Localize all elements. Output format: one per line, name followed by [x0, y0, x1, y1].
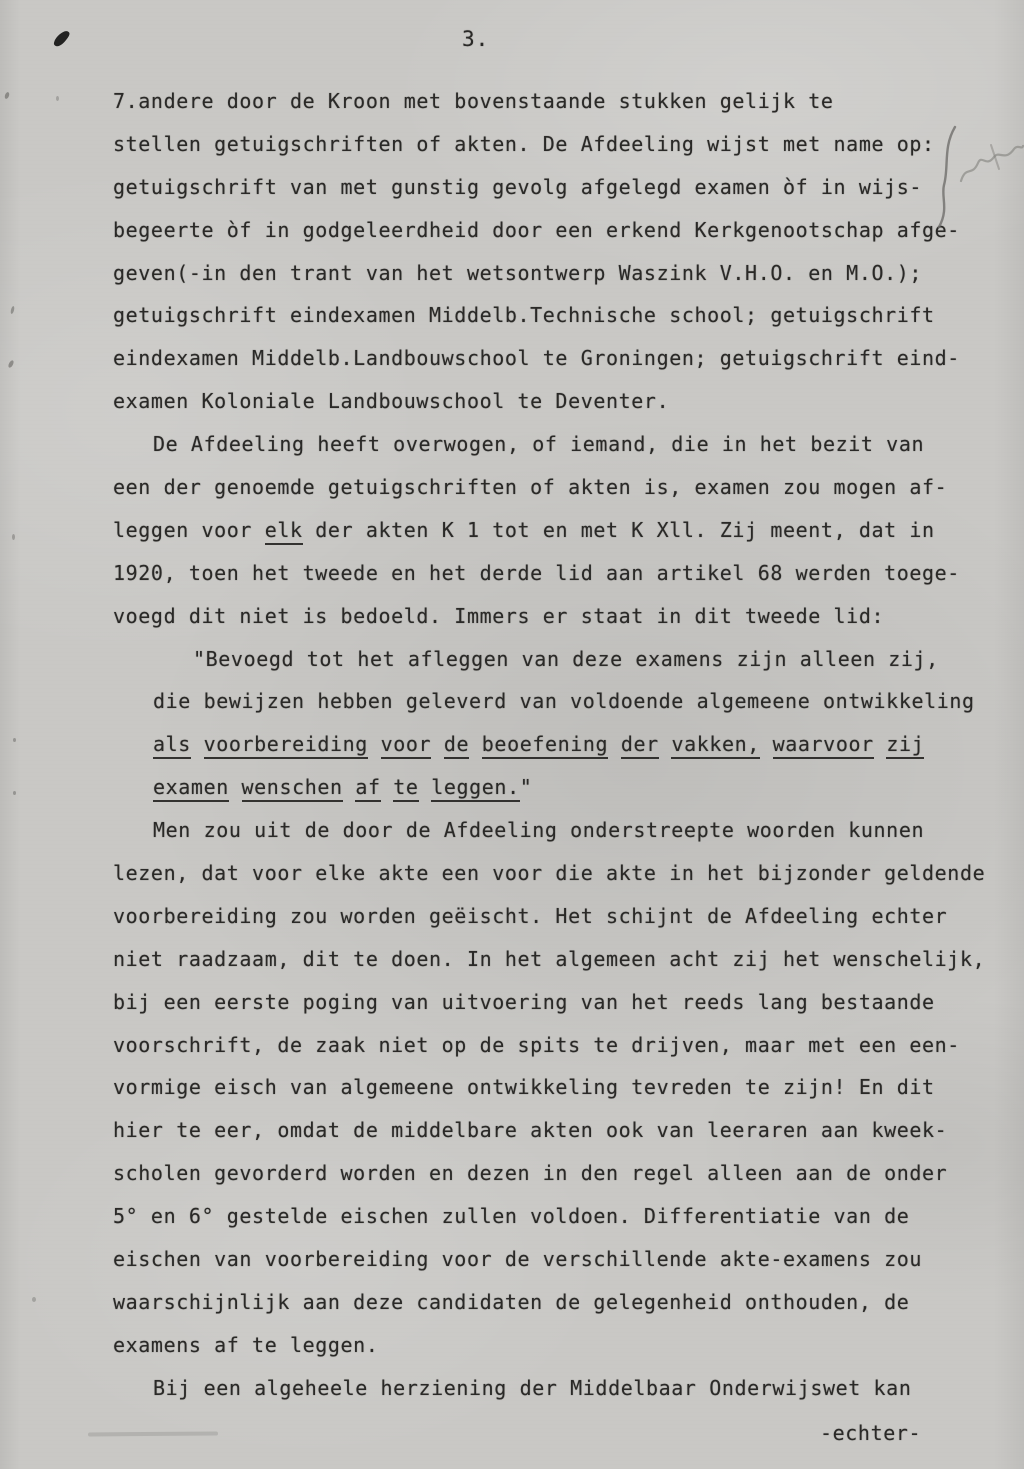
- text-line: examen wenschen af te leggen.": [113, 766, 1013, 809]
- margin-speck: [13, 738, 16, 742]
- text-line: waarschijnlijk aan deze candidaten de ge…: [113, 1281, 1013, 1324]
- margin-speck: [56, 96, 59, 101]
- scanned-page: 3. 7.andere door de Kroon met bovenstaan…: [0, 0, 1024, 1469]
- margin-speck: [13, 791, 16, 795]
- handwritten-annotation-icon: [933, 123, 1024, 233]
- text-line: niet raadzaam, dit te doen. In het algem…: [113, 938, 1013, 981]
- ink-blot: [52, 28, 71, 49]
- text-line: een der genoemde getuigschriften of akte…: [113, 466, 1013, 509]
- margin-speck: [12, 534, 15, 540]
- text-line: eindexamen Middelb.Landbouwschool te Gro…: [113, 337, 1013, 380]
- text-line: geven(-in den trant van het wetsontwerp …: [113, 252, 1013, 295]
- text-line: 5° en 6° gestelde eischen zullen voldoen…: [113, 1195, 1013, 1238]
- text-line: 1920, toen het tweede en het derde lid a…: [113, 552, 1013, 595]
- text-line: examen Koloniale Landbouwschool te Deven…: [113, 380, 1013, 423]
- text-line: eischen van voorbereiding voor de versch…: [113, 1238, 1013, 1281]
- catchword: -echter-: [820, 1412, 921, 1455]
- text-line: leggen voor elk der akten K 1 tot en met…: [113, 509, 1013, 552]
- text-line: begeerte òf in godgeleerdheid door een e…: [113, 209, 1013, 252]
- margin-speck: [32, 1297, 36, 1302]
- margin-speck: [10, 306, 15, 314]
- text-line: Men zou uit de door de Afdeeling onderst…: [113, 809, 1013, 852]
- text-line: voegd dit niet is bedoeld. Immers er sta…: [113, 595, 1013, 638]
- bottom-smudge: [88, 1432, 218, 1437]
- text-line: examens af te leggen.: [113, 1324, 1013, 1367]
- text-line: scholen gevorderd worden en dezen in den…: [113, 1152, 1013, 1195]
- text-line: Bij een algeheele herziening der Middelb…: [113, 1367, 1013, 1410]
- text-line: hier te eer, omdat de middelbare akten o…: [113, 1109, 1013, 1152]
- text-line: getuigschrift eindexamen Middelb.Technis…: [113, 294, 1013, 337]
- text-line: vormige eisch van algemeene ontwikkeling…: [113, 1066, 1013, 1109]
- text-line: stellen getuigschriften of akten. De Afd…: [113, 123, 1013, 166]
- text-line: als voorbereiding voor de beoefening der…: [113, 723, 1013, 766]
- margin-speck: [4, 92, 10, 100]
- typewritten-text: 7.andere door de Kroon met bovenstaande …: [113, 80, 1013, 1410]
- text-line: voorbereiding zou worden geëischt. Het s…: [113, 895, 1013, 938]
- page-number: 3.: [462, 18, 489, 61]
- text-line: "Bevoegd tot het afleggen van deze exame…: [113, 638, 1013, 681]
- text-line: getuigschrift van met gunstig gevolg afg…: [113, 166, 1013, 209]
- text-line: lezen, dat voor elke akte een voor die a…: [113, 852, 1013, 895]
- text-line: die bewijzen hebben geleverd van voldoen…: [113, 680, 1013, 723]
- text-line: bij een eerste poging van uitvoering van…: [113, 981, 1013, 1024]
- text-line: De Afdeeling heeft overwogen, of iemand,…: [113, 423, 1013, 466]
- text-line: 7.andere door de Kroon met bovenstaande …: [113, 80, 1013, 123]
- margin-speck: [7, 360, 14, 369]
- text-line: voorschrift, de zaak niet op de spits te…: [113, 1024, 1013, 1067]
